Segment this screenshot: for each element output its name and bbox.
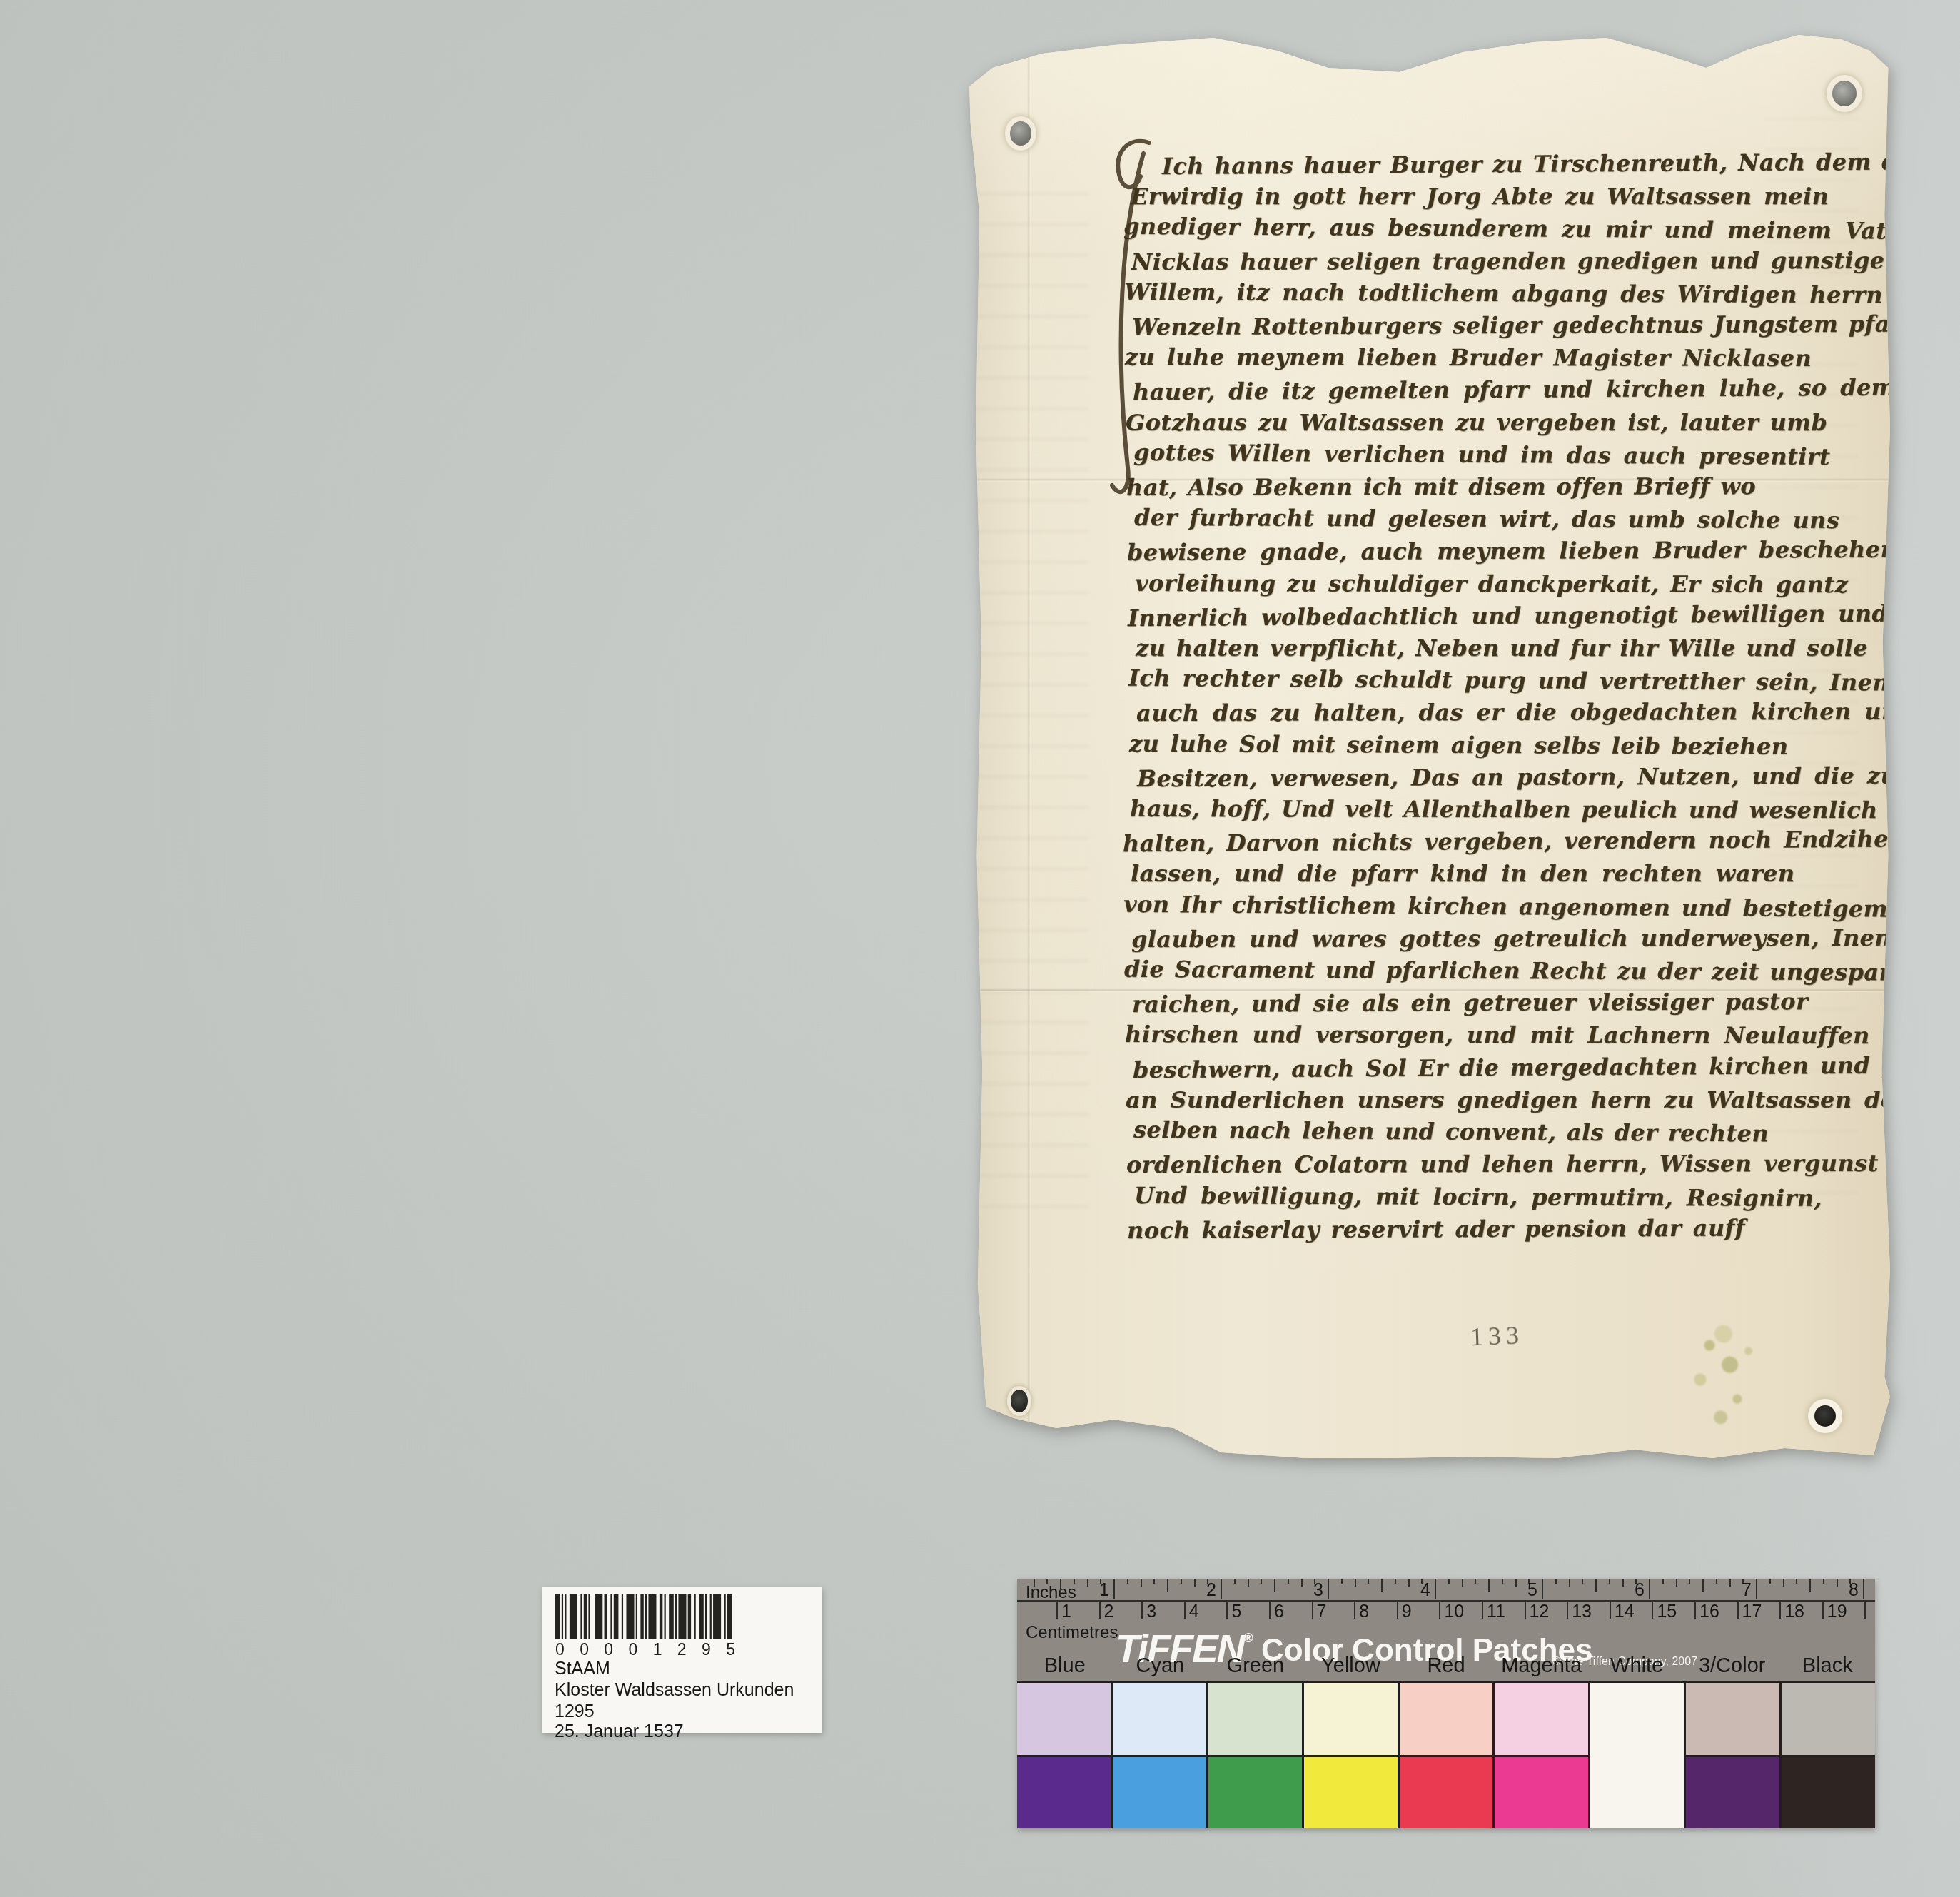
patch-column-cyan xyxy=(1111,1683,1206,1828)
manuscript-line: glauben und wares gottes getreulich unde… xyxy=(1131,922,1851,956)
manuscript-line: Innerlich wolbedachtlich und ungenotigt … xyxy=(1128,598,1851,635)
registered-mark-icon: ® xyxy=(1243,1631,1251,1645)
patch-saturated xyxy=(1400,1757,1493,1829)
patch-column-yellow xyxy=(1302,1683,1398,1828)
manuscript-line: beschwern, auch Sol Er die mergedachten … xyxy=(1133,1050,1851,1087)
manuscript-line: auch das zu halten, das er die obgedacht… xyxy=(1136,696,1851,729)
label-item-number: 1295 xyxy=(555,1703,595,1721)
patch-label: Cyan xyxy=(1113,1654,1208,1678)
archive-barcode-label: 00001295 StAAM Kloster Waldsassen Urkund… xyxy=(542,1587,822,1733)
barcode-digits: 00001295 xyxy=(555,1640,735,1659)
patch-column-white xyxy=(1588,1683,1684,1828)
manuscript-line: zu halten verpflicht, Neben und fur ihr … xyxy=(1136,632,1851,664)
stain-mark xyxy=(1672,1317,1765,1431)
patch-column-red xyxy=(1398,1683,1493,1828)
manuscript-line: vorleihung zu schuldiger danckperkait, E… xyxy=(1135,567,1851,601)
barcode-digit: 9 xyxy=(702,1640,711,1659)
barcode-digit: 0 xyxy=(604,1640,613,1659)
patch-saturated xyxy=(1113,1757,1206,1829)
patch-pastel xyxy=(1400,1683,1493,1757)
manuscript-text: Ich hanns hauer Burger zu Tirschenreuth,… xyxy=(1130,148,1851,1245)
manuscript-line: die Sacrament und pfarlichen Recht zu de… xyxy=(1124,953,1851,988)
manuscript-line: halten, Darvon nichts vergeben, verender… xyxy=(1123,824,1851,861)
barcode-digit: 0 xyxy=(629,1640,638,1659)
manuscript-line: Willem, itz nach todtlichem abgang des W… xyxy=(1124,276,1851,311)
patch-pastel xyxy=(1113,1683,1206,1757)
patch-column-blue xyxy=(1017,1683,1111,1828)
page-number-stamp: 133 xyxy=(1470,1320,1524,1352)
patch-label: Blue xyxy=(1017,1654,1113,1678)
barcode xyxy=(555,1594,735,1639)
manuscript-line: Gotzhaus zu Waltsassen zu vergeben ist, … xyxy=(1126,407,1851,439)
patch-saturated xyxy=(1304,1757,1398,1829)
manuscript-line: zu luhe meynem lieben Bruder Magister Ni… xyxy=(1125,341,1851,375)
punch-hole-bottom-left xyxy=(1011,1390,1028,1412)
archive-scan-photo: Ich hanns hauer Burger zu Tirschenreuth,… xyxy=(0,0,1960,1897)
patch-label: Red xyxy=(1398,1654,1494,1678)
manuscript-line: an Sunderlichen unsers gnedigen hern zu … xyxy=(1126,1084,1851,1116)
patch-pastel xyxy=(1017,1683,1111,1757)
manuscript-line: hirschen und versorgen, und mit Lachnern… xyxy=(1125,1018,1851,1052)
patch-column-green xyxy=(1206,1683,1302,1828)
manuscript-line: Und bewilligung, mit locirn, permutirn, … xyxy=(1134,1179,1851,1214)
patch-pastel xyxy=(1304,1683,1398,1757)
patch-label: Black xyxy=(1780,1654,1876,1678)
patch-label: Green xyxy=(1208,1654,1303,1678)
patch-saturated xyxy=(1495,1757,1588,1829)
tiffen-color-control-card: Inches 12345678 123456789101112131415161… xyxy=(1017,1579,1875,1828)
patch-full xyxy=(1590,1683,1684,1828)
barcode-digit: 5 xyxy=(726,1640,735,1659)
patch-saturated xyxy=(1782,1757,1875,1829)
manuscript-line: haus, hoff, Und velt Allenthalben peulic… xyxy=(1130,793,1851,826)
patch-label-row: BlueCyanGreenYellowRedMagentaWhite3/Colo… xyxy=(1017,1654,1875,1678)
label-date: 25. Januar 1537 xyxy=(555,1723,684,1741)
patch-label: Yellow xyxy=(1303,1654,1399,1678)
manuscript-line: hat, Also Bekenn ich mit disem offen Bri… xyxy=(1126,470,1851,504)
manuscript-line: hauer, die itz gemelten pfarr und kirche… xyxy=(1133,372,1851,409)
patch-pastel xyxy=(1208,1683,1302,1757)
patch-saturated xyxy=(1686,1757,1779,1829)
manuscript-line: von Ihr christlichem kirchen angenomen u… xyxy=(1123,888,1851,925)
manuscript-line: raichen, und sie als ein getreuer vleiss… xyxy=(1132,986,1851,1021)
patch-column-magenta xyxy=(1492,1683,1588,1828)
label-archive-name: StAAM xyxy=(555,1660,610,1678)
patch-grid xyxy=(1017,1681,1875,1828)
patch-saturated xyxy=(1017,1757,1111,1829)
manuscript-line: ordenlichen Colatorn und lehen herrn, Wi… xyxy=(1126,1148,1851,1181)
manuscript-line: Ich hanns hauer Burger zu Tirschenreuth,… xyxy=(1162,146,1851,183)
punch-hole-top-right xyxy=(1832,81,1857,106)
punch-hole-bottom-right xyxy=(1814,1405,1836,1427)
manuscript-line: zu luhe Sol mit seinem aigen selbs leib … xyxy=(1129,728,1851,763)
barcode-digit: 0 xyxy=(580,1640,589,1659)
patch-pastel xyxy=(1686,1683,1779,1757)
patch-saturated xyxy=(1208,1757,1302,1829)
manuscript-line: Ich rechter selb schuldt purg und vertre… xyxy=(1128,662,1851,699)
manuscript-line: bewisene gnade, auch meynem lieben Brude… xyxy=(1127,534,1851,569)
patch-column-3-color xyxy=(1684,1683,1779,1828)
manuscript-page: Ich hanns hauer Burger zu Tirschenreuth,… xyxy=(966,32,1890,1458)
patch-label: 3/Color xyxy=(1684,1654,1780,1678)
patch-label: Magenta xyxy=(1494,1654,1590,1678)
manuscript-line: Wenzeln Rottenburgers seliger gedechtnus… xyxy=(1132,308,1851,343)
barcode-digit: 1 xyxy=(653,1640,662,1659)
barcode-digit: 0 xyxy=(555,1640,565,1659)
fold-crease-vertical xyxy=(1027,32,1031,1458)
barcode-digit: 2 xyxy=(677,1640,687,1659)
patch-pastel xyxy=(1495,1683,1588,1757)
manuscript-line: gnediger herr, aus besunderem zu mir und… xyxy=(1123,211,1851,248)
manuscript-line: Erwirdig in gott herr Jorg Abte zu Walts… xyxy=(1131,181,1851,213)
manuscript-line: lassen, und die pfarr kind in den rechte… xyxy=(1131,858,1851,890)
manuscript-line: noch kaiserlay reservirt ader pension da… xyxy=(1127,1212,1851,1247)
label-fonds-name: Kloster Waldsassen Urkunden xyxy=(555,1681,794,1699)
punch-hole-top-left xyxy=(1010,121,1031,146)
manuscript-line: gottes Willen verlichen und im das auch … xyxy=(1133,437,1851,474)
patch-pastel xyxy=(1782,1683,1875,1757)
manuscript-line: der furbracht und gelesen wirt, das umb … xyxy=(1134,502,1851,537)
patch-column-black xyxy=(1779,1683,1875,1828)
manuscript-line: selben nach lehen und convent, als der r… xyxy=(1133,1114,1851,1151)
manuscript-line: Besitzen, verwesen, Das an pastorn, Nutz… xyxy=(1137,760,1851,795)
manuscript-line: Nicklas hauer seligen tragenden gnedigen… xyxy=(1131,245,1851,278)
patch-label: White xyxy=(1589,1654,1684,1678)
